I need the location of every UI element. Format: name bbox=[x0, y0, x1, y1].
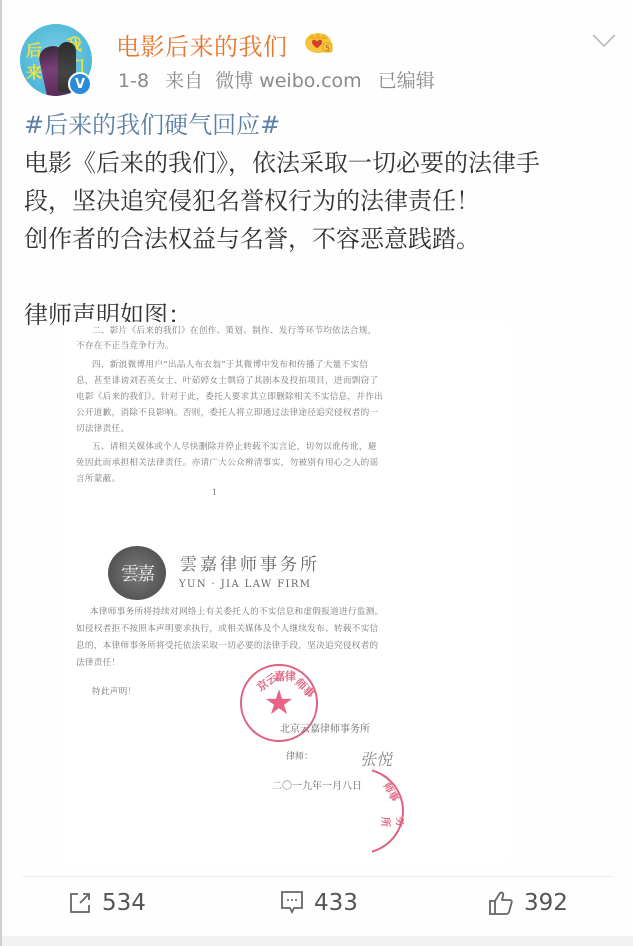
doc-paragraph: 免因此而承担相关法律责任。亦请广大公众辨清事实，勿被别有用心之人的谣 bbox=[76, 456, 378, 471]
doc-paragraph: 公开道歉，消除不良影响。否则，委托人将立即通过法律途径追究侵权者的一 bbox=[76, 406, 378, 421]
comment-icon bbox=[280, 890, 304, 916]
post-source[interactable]: 微博 weibo.com bbox=[215, 70, 362, 92]
page-number: 1 bbox=[212, 488, 217, 497]
author-name[interactable]: 电影后来的我们 bbox=[116, 27, 288, 62]
post-content: #后来的我们硬气回应# 电影《后来的我们》，依法采取一切必要的法律手 段，坚决追… bbox=[24, 106, 624, 334]
seal-text: 师事 bbox=[381, 779, 404, 804]
post-header: 后 来 我 们 V 电影后来的我们 5 1-8 来自 微博 weibo.com … bbox=[2, 0, 633, 100]
weibo-post-page: 后 来 我 们 V 电影后来的我们 5 1-8 来自 微博 weibo.com … bbox=[0, 0, 633, 946]
statement-date: 二〇一九年一月八日 bbox=[272, 777, 362, 792]
post-text-line: 电影《后来的我们》，依法采取一切必要的法律手 bbox=[24, 144, 624, 182]
bottom-separator bbox=[2, 936, 633, 946]
firm-name-cn: 雲嘉律师事务所 bbox=[150, 550, 350, 575]
like-count: 392 bbox=[524, 890, 568, 916]
doc-paragraph: 四、新浪微博用户“出品人布衣翁”于其微博中发布和传播了大量不实信 bbox=[92, 358, 368, 373]
doc-paragraph: 切法律责任。 bbox=[76, 422, 129, 437]
verified-badge-icon: V bbox=[68, 72, 92, 96]
comment-count: 433 bbox=[314, 890, 358, 916]
post-text-line: 创作者的合法权益与名誉，不容恶意践踏。 bbox=[24, 220, 624, 258]
like-button[interactable]: 392 bbox=[488, 890, 568, 916]
doc-paragraph: 二、影片《后来的我们》在创作、策划、制作、发行等环节均依法合规， bbox=[92, 324, 377, 339]
lawyer-signature: 张悦 bbox=[360, 747, 392, 770]
doc-paragraph: 本律师事务所将持续对网络上有关委托人的不实信息和虚假报道进行监测。 bbox=[90, 605, 384, 620]
post-text-line: 段，坚决追究侵犯名誉权行为的法律责任！ bbox=[24, 182, 624, 220]
source-prefix: 来自 bbox=[165, 70, 203, 92]
partial-seal: 师事 务所 bbox=[372, 768, 404, 854]
doc-paragraph: 如侵权者拒不按照本声明要求执行，或相关媒体及个人继续发布、转载不实信 bbox=[76, 622, 378, 637]
seal-star-icon: ★ bbox=[264, 683, 294, 723]
chevron-down-icon[interactable] bbox=[592, 34, 616, 48]
repost-icon bbox=[68, 891, 92, 915]
doc-paragraph: 五、请相关媒体或个人尽快删除并停止转载不实言论，切勿以讹传讹，避 bbox=[92, 440, 377, 455]
doc-paragraph: 电影《后来的我们》。针对于此，委托人要求其立即删除相关不实信息，并作出 bbox=[76, 390, 383, 405]
doc-paragraph: 不存在不正当竞争行为。 bbox=[76, 339, 174, 354]
doc-paragraph: 法律责任！ bbox=[76, 656, 120, 671]
doc-paragraph: 息，甚至诽谤刘若英女士、叶茹婷女士剽窃了其剧本及投拍项目，进而剽窃了 bbox=[76, 374, 378, 389]
crown-vip-icon[interactable]: 5 bbox=[304, 30, 334, 54]
hashtag-link[interactable]: #后来的我们硬气回应# bbox=[24, 106, 624, 144]
post-date: 1-8 bbox=[118, 70, 149, 92]
lawyer-label: 律师： bbox=[286, 749, 313, 762]
seal-text: 务所 bbox=[379, 817, 404, 833]
seal-text: 嘉律 bbox=[274, 668, 296, 684]
action-bar: 534 433 392 bbox=[2, 880, 633, 936]
lawyer-statement-image[interactable]: 二、影片《后来的我们》在创作、策划、制作、发行等环节均依法合规， 不存在不正当竞… bbox=[64, 322, 510, 862]
doc-paragraph: 言所蒙蔽。 bbox=[76, 472, 120, 487]
divider bbox=[22, 876, 612, 877]
thumbs-up-icon bbox=[488, 890, 514, 916]
post-meta: 1-8 来自 微博 weibo.com 已编辑 bbox=[118, 66, 445, 93]
repost-button[interactable]: 534 bbox=[68, 890, 146, 916]
signer-firm: 北京云嘉律师事务所 bbox=[280, 720, 370, 735]
comment-button[interactable]: 433 bbox=[280, 890, 358, 916]
firm-name-en: YUN · JIA LAW FIRM bbox=[179, 579, 311, 590]
doc-closing: 特此声明！ bbox=[92, 685, 136, 700]
repost-count: 534 bbox=[102, 890, 146, 916]
edited-label[interactable]: 已编辑 bbox=[378, 70, 435, 92]
doc-paragraph: 息的，本律师事务所将受托依法采取一切必要的法律手段，坚决追究侵权者的 bbox=[76, 639, 378, 654]
svg-text:5: 5 bbox=[325, 44, 330, 53]
